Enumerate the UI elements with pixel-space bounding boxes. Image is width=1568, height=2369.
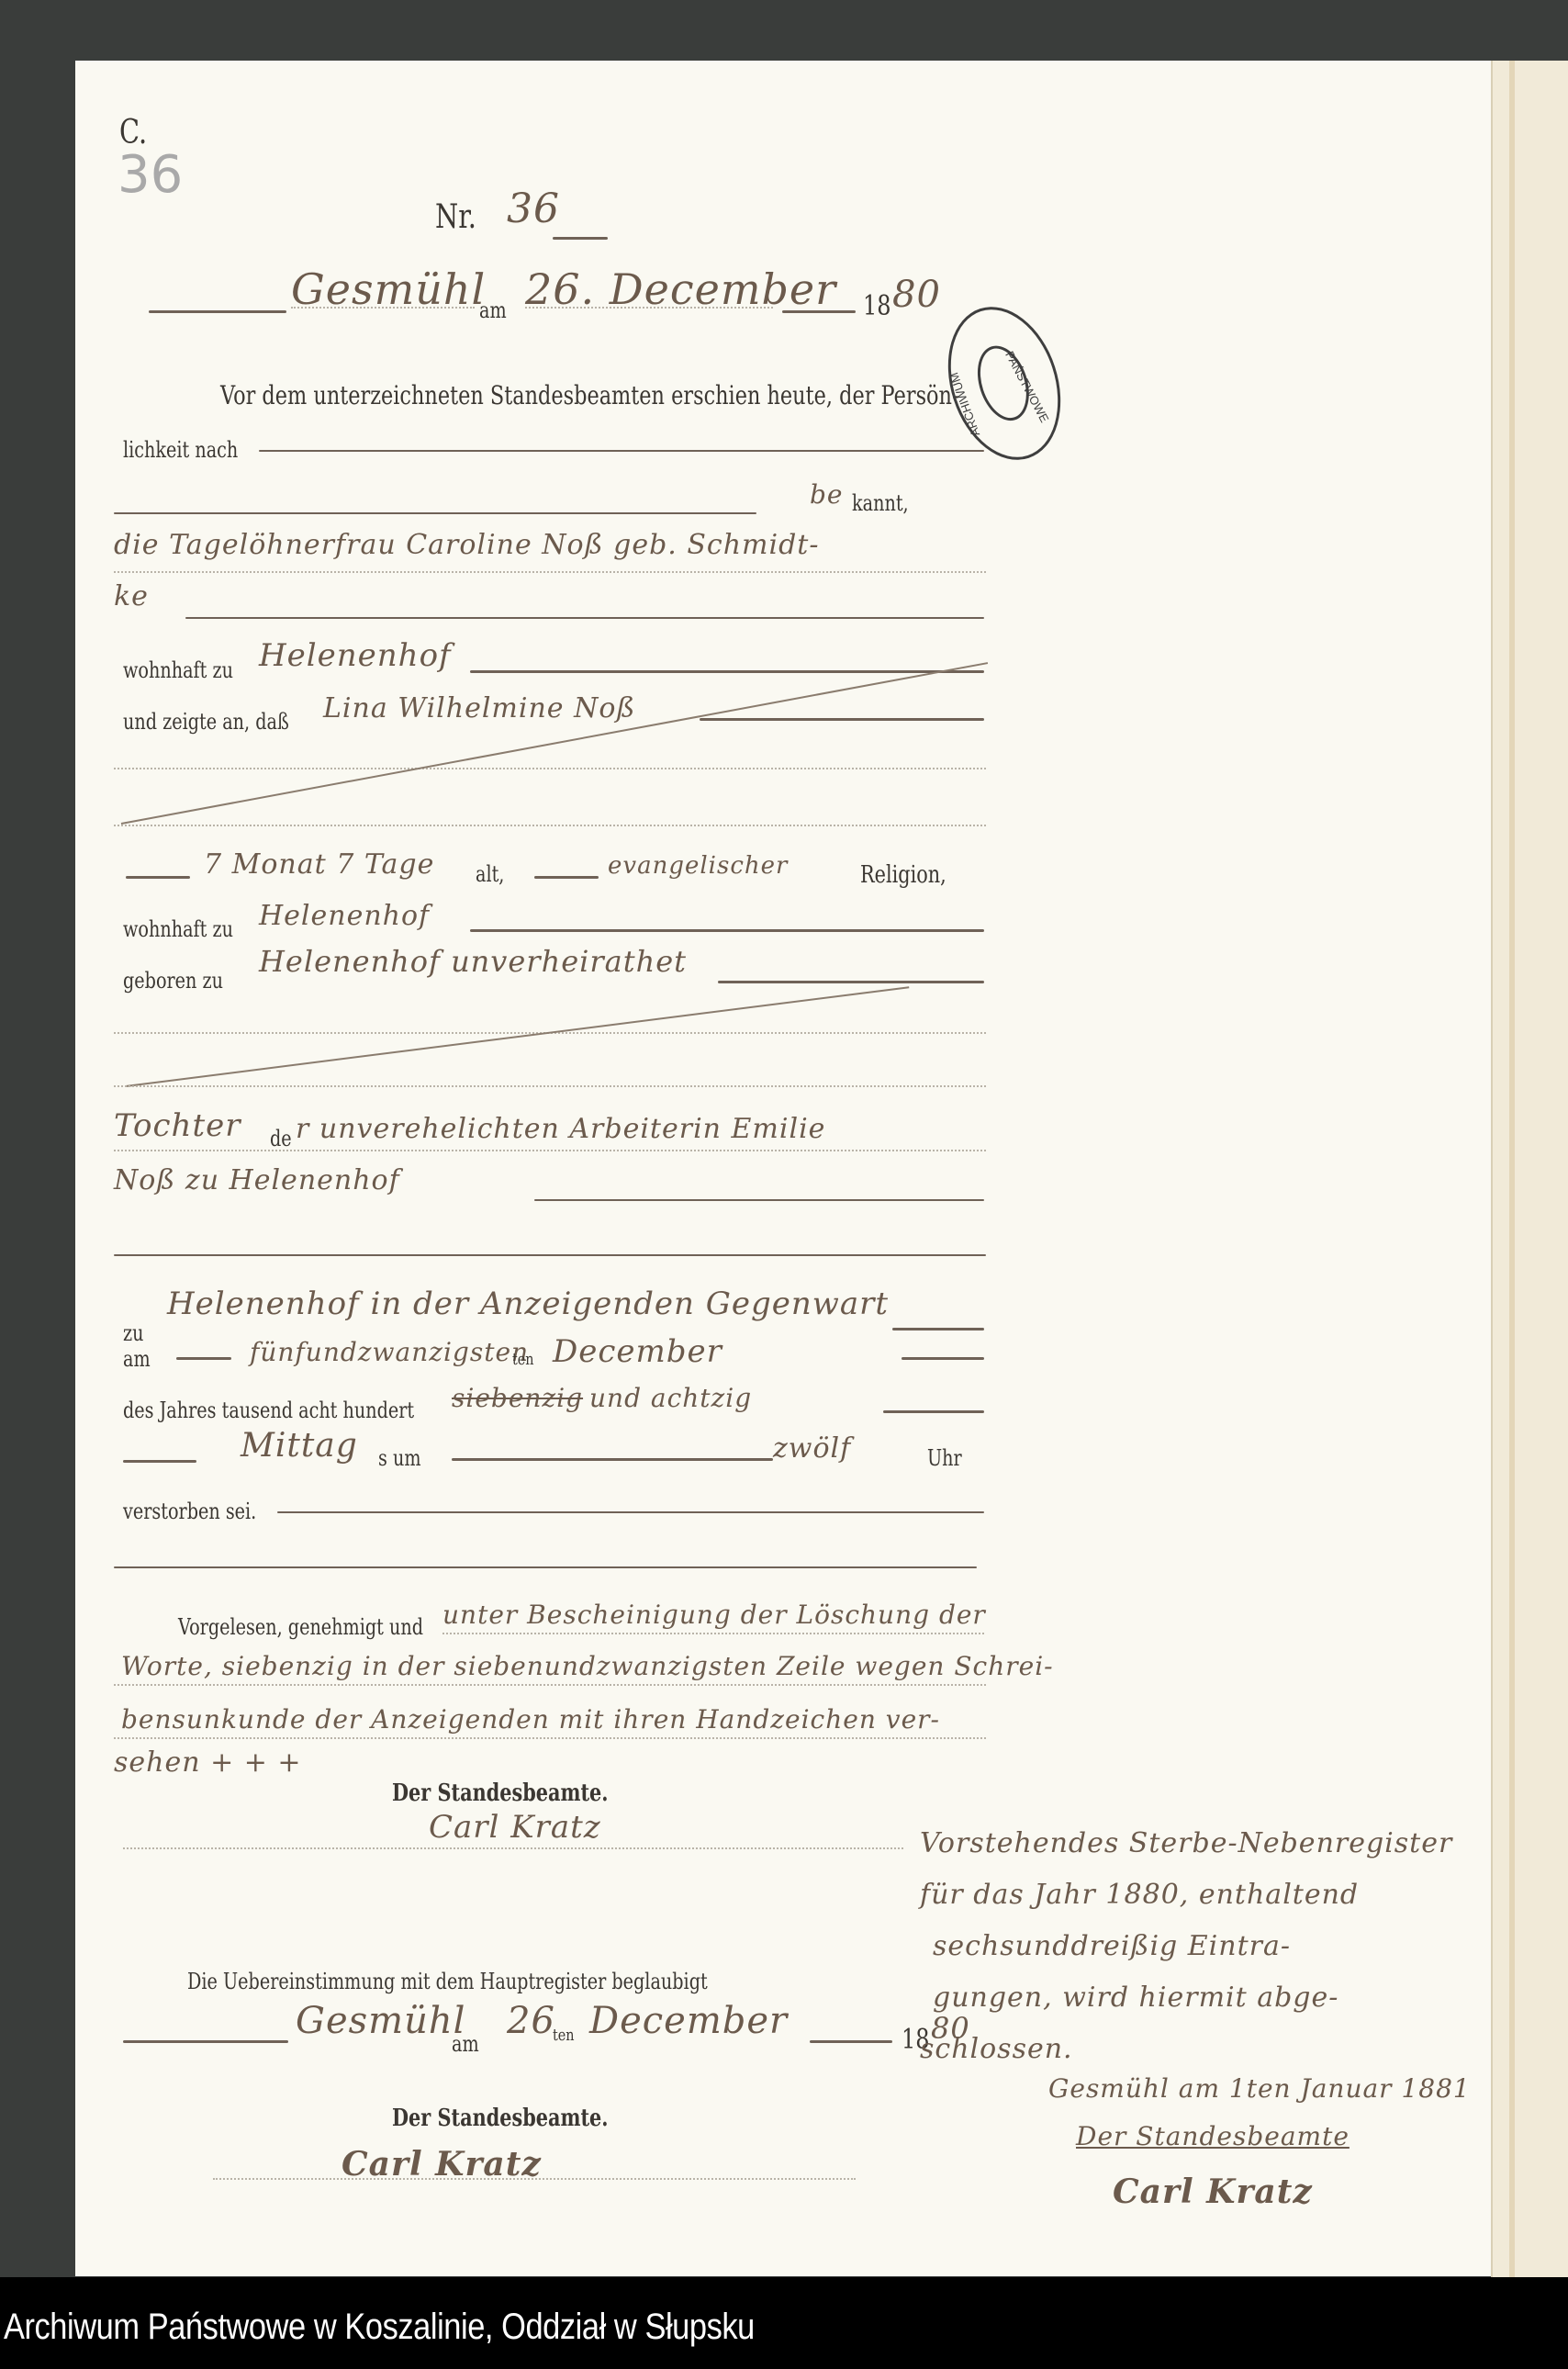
verstorben-label: verstorben sei. (123, 1499, 256, 1524)
deceased-name: Lina Wilhelmine Noß (323, 692, 635, 724)
ink-line (892, 1328, 984, 1330)
informant-line-2: ke (114, 580, 149, 612)
dotted-line (114, 571, 986, 573)
uhr-label: Uhr (927, 1445, 962, 1471)
dotted-line (114, 1085, 986, 1087)
book-page-edge (1491, 61, 1568, 2301)
death-day: fünfundzwanzigsten (250, 1337, 529, 1367)
side-note-line: für das Jahr 1880, enthaltend (920, 1869, 1452, 1921)
certification-text: Die Uebereinstimmung mit dem Hauptregist… (187, 1969, 708, 1994)
ink-line (259, 450, 984, 452)
alt-label: alt, (476, 861, 504, 887)
religion-label: Religion, (860, 861, 946, 889)
geboren-value: Helenenhof unverheirathet (259, 944, 687, 979)
ink-line (718, 981, 984, 983)
year-words: und achtzig (589, 1383, 752, 1413)
remark-line-1: unter Bescheinigung der Löschung der (442, 1600, 986, 1630)
wohnhaft-value: Helenenhof (259, 637, 452, 674)
pencil-number: 36 (118, 145, 183, 205)
wohnhaft2-value: Helenenhof (259, 900, 430, 932)
ink-line (782, 310, 856, 313)
cert-am-label: am (452, 2031, 479, 2057)
side-note-title: Der Standesbeamte (1076, 2121, 1350, 2151)
archive-caption: Archiwum Państwowe w Koszalinie, Oddział… (4, 2307, 755, 2348)
nr-value: 36 (507, 185, 560, 232)
bekannt-hand: be (810, 479, 844, 510)
ink-line (470, 929, 984, 932)
ink-line (176, 1357, 231, 1360)
zeigte-label: und zeigte an, daß (123, 709, 289, 735)
dotted-line (114, 1684, 986, 1686)
ink-line (810, 2040, 892, 2043)
year-struck: siebenzig (452, 1383, 583, 1413)
registrar-signature: Carl Kratz (429, 1809, 601, 1846)
dotted-line (525, 307, 773, 309)
dotted-line (442, 1633, 984, 1634)
cert-ten-label: ten (553, 2026, 575, 2045)
nr-label: Nr. (435, 198, 476, 236)
hour-value: zwölf (773, 1432, 851, 1465)
cert-day: 26 (507, 2000, 555, 2042)
dotted-line (291, 307, 475, 309)
bekannt-label: kannt, (852, 490, 909, 516)
document-page: C. 36 Nr. 36 Gesmühl am 26. December 18 … (75, 61, 1491, 2276)
side-note-line: sechsunddreißig Eintra- (920, 1921, 1452, 1972)
ink-line (277, 1511, 984, 1513)
dotted-line (114, 768, 986, 769)
religion-value: evangelischer (608, 852, 788, 880)
ink-line (114, 1566, 977, 1568)
ink-line (123, 1460, 196, 1463)
wohnhaft-label: wohnhaft zu (123, 657, 233, 683)
der-label: de (270, 1126, 292, 1151)
time-of-day: Mittag (241, 1427, 358, 1465)
side-note: Vorstehendes Sterbe-Nebenregister für da… (920, 1818, 1452, 2075)
ink-line (553, 237, 608, 240)
dotted-line (123, 1847, 903, 1849)
ink-line (534, 1199, 984, 1201)
year-suffix: 80 (892, 274, 941, 316)
ink-line (700, 718, 984, 721)
dotted-line (213, 2178, 856, 2180)
side-note-signature: Carl Kratz (1113, 2173, 1313, 2211)
lichkeit-label: lichkeit nach (123, 437, 238, 463)
ink-line (883, 1410, 984, 1413)
ink-line (123, 2040, 288, 2043)
side-note-date: Gesmühl am 1ten Januar 1881 (1048, 2073, 1471, 2104)
ink-line (114, 512, 756, 514)
remark-line-2: Worte, siebenzig in der siebenundzwanzig… (121, 1651, 1054, 1681)
registrar-title: Der Standesbeamte. (392, 1780, 609, 1807)
wohnhaft2-label: wohnhaft zu (123, 916, 233, 942)
am2-label: am (123, 1346, 151, 1372)
ink-line (902, 1357, 984, 1360)
year-prefix: 18 (863, 290, 891, 322)
parent-line-1: r unverehelichten Arbeiterin Emilie (296, 1113, 825, 1145)
parent-line-2: Noß zu Helenenhof (114, 1164, 400, 1196)
s-um-label: s um (378, 1445, 421, 1471)
registrar-title-2: Der Standesbeamte. (392, 2105, 609, 2132)
ink-line (149, 310, 286, 313)
archive-stamp: PAŃSTWOWE ARCHIWUM (929, 292, 1079, 474)
strike-diagonal (121, 662, 988, 825)
death-place: Helenenhof in der Anzeigenden Gegenwart (167, 1286, 889, 1322)
geboren-label: geboren zu (123, 968, 223, 994)
cert-month: December (589, 2000, 788, 2042)
ink-line (114, 1254, 986, 1256)
page-fold (1509, 61, 1515, 2301)
side-note-line: schlossen. (920, 2024, 1452, 2075)
side-note-line: gungen, wird hiermit abge- (920, 1972, 1452, 2024)
ten-label: ten (512, 1350, 534, 1369)
dotted-line (114, 1737, 986, 1739)
jahres-label: des Jahres tausend acht hundert (123, 1398, 414, 1423)
dotted-line (114, 825, 986, 826)
ink-line (470, 670, 984, 673)
death-month: December (553, 1333, 722, 1370)
ink-line (126, 876, 190, 879)
remark-line-4: sehen + + + (114, 1746, 302, 1779)
side-note-line: Vorstehendes Sterbe-Nebenregister (920, 1818, 1452, 1869)
intro-line: Vor dem unterzeichneten Standesbeamten e… (220, 380, 959, 410)
vorgelesen-label: Vorgelesen, genehmigt und (178, 1614, 423, 1640)
strike-diagonal (126, 986, 909, 1087)
ink-line (452, 1458, 773, 1461)
ink-line (185, 617, 984, 619)
informant-line-1: die Tagelöhnerfrau Caroline Noß geb. Sch… (114, 529, 819, 561)
age-value: 7 Monat 7 Tage (204, 848, 434, 881)
dotted-line (114, 1150, 986, 1151)
remark-line-3: bensunkunde der Anzeigenden mit ihren Ha… (121, 1704, 940, 1735)
ink-line (534, 876, 599, 879)
cert-place: Gesmühl (296, 2000, 465, 2042)
zu-label: zu (123, 1320, 143, 1346)
am-label: am (479, 298, 507, 323)
tochter-hand: Tochter (114, 1107, 241, 1144)
